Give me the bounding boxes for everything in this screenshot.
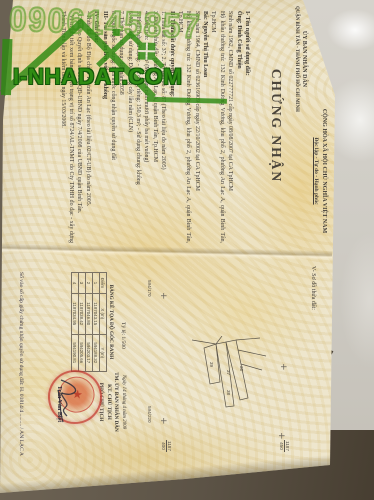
parcel-number-label: 36 — [239, 366, 244, 372]
issuing-district: QUẬN BÌNH TÂN - THÀNH PHỐ HỒ CHÍ MINH — [293, 3, 299, 115]
parcel-number-label: 37 — [226, 370, 231, 376]
grid-label-numerator: 1187 — [284, 440, 290, 452]
cell: 3 — [79, 273, 86, 294]
grid-label-denominator: 450 — [279, 442, 284, 450]
parcel-sketch-map: 36 37 38 39 — [186, 336, 270, 412]
table-row: 3 1187038.42 594205.66 — [79, 273, 86, 372]
cell: 1 — [93, 273, 100, 294]
map-section-heading: V- Sơ đồ thửa đất: — [310, 266, 316, 386]
house-logo-icon — [0, 5, 241, 111]
grid-cross-icon: + — [278, 363, 288, 371]
signature-kt-chu-tich: KT. CHỦ TỊCH — [104, 352, 112, 452]
table-row: 4 1187034.95 594190.81 — [72, 273, 79, 372]
cell: 4 — [72, 273, 79, 294]
section-owner-heading: I- Tên người sử dụng đất: — [243, 11, 251, 243]
col-point: Điểm — [100, 273, 107, 294]
certificate-title: CHỨNG NHẬN — [268, 3, 284, 249]
registry-number-line: Số vào sổ cấp giấy chứng nhận quyền sử d… — [18, 272, 24, 482]
national-title: CỘNG HÒA XÃ HỘI CHỦ NGHĨA VIỆT NAM — [320, 93, 328, 249]
signature-date: Ngày 14 tháng 4 năm 2008 — [120, 352, 128, 452]
website-watermark: I-NHADAT.COM — [13, 64, 243, 90]
issuing-authority: ỦY BAN NHÂN DÂN — [300, 3, 308, 115]
cell: 594205.66 — [79, 334, 86, 371]
cell: 594203.17 — [86, 334, 93, 371]
grid-cross-icon: + — [158, 417, 168, 425]
certificate-page-2: V- Sơ đồ thửa đất: + + + + 594/170 594/2… — [6, 256, 330, 494]
photo-of-land-certificate: CỘNG HÒA XÃ HỘI CHỦ NGHĨA VIỆT NAM Độc l… — [0, 0, 374, 500]
cell: 2 — [86, 273, 93, 294]
grid-coordinate-label: 594/170 — [147, 280, 152, 297]
cell: 1187038.42 — [79, 293, 86, 334]
signer-name: Trần Văn Biệt — [56, 374, 62, 434]
grid-cross-icon: + — [158, 292, 168, 300]
cell: 1187034.95 — [72, 293, 79, 334]
grid-coordinate-label: 1187 400 — [161, 440, 172, 452]
cell: 1187043.15 — [93, 293, 100, 334]
cell: 1187046.80 — [86, 293, 93, 334]
col-x: X (m) — [100, 293, 107, 334]
grid-cross-icon: + — [276, 432, 286, 440]
signature-authority: TM. ỦY BAN NHÂN DÂN — [112, 352, 120, 452]
grid-label-denominator: 400 — [161, 442, 166, 450]
grid-coordinate-label: 1187 450 — [279, 440, 290, 452]
parcel-number-label: 39 — [209, 362, 214, 368]
grid-coordinate-label: 594/220 — [147, 406, 152, 423]
parcel-number-label: 38 — [226, 390, 231, 396]
national-motto: Độc lập - Tự do - Hạnh phúc — [312, 93, 319, 249]
grid-label-numerator: 1187 — [166, 440, 172, 452]
cell: 594190.81 — [72, 334, 79, 371]
table-row: 2 1187046.80 594203.17 — [86, 273, 93, 372]
